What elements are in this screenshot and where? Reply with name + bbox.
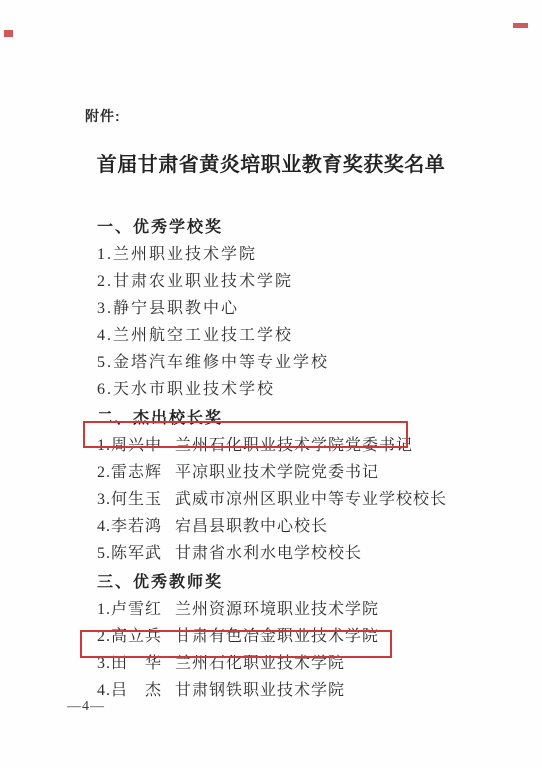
awardee-name: 1.周兴中 [97,432,175,459]
awardee-affiliation: 宕昌县职教中心校长 [175,513,328,540]
awardee-affiliation: 甘肃钢铁职业技术学院 [175,677,345,704]
awardee-name: 2.高立兵 [97,623,175,650]
awardee-name: 3.田 华 [97,650,175,677]
awardee-affiliation: 兰州石化职业技术学院党委书记 [175,432,413,459]
list-item: 2.高立兵 甘肃有色冶金职业技术学院 [97,623,517,650]
list-item: 1.卢雪红 兰州资源环境职业技术学院 [97,596,517,623]
list-item: 3.田 华 兰州石化职业技术学院 [97,650,517,677]
red-scan-mark-right [513,23,528,28]
award-list: 一、优秀学校奖 1.兰州职业技术学院 2.甘肃农业职业技术学院 3.静宁县职教中… [97,214,517,704]
list-item: 1.兰州职业技术学院 [97,241,517,268]
list-item: 6.天水市职业技术学校 [97,376,517,403]
awardee-affiliation: 兰州资源环境职业技术学院 [175,596,379,623]
section-heading-excellent-schools: 一、优秀学校奖 [97,214,517,241]
awardee-name: 1.卢雪红 [97,596,175,623]
awardee-name: 4.吕 杰 [97,677,175,704]
list-item: 4.兰州航空工业技工学校 [97,322,517,349]
list-item: 4.李若鸿 宕昌县职教中心校长 [97,513,517,540]
page-number: —4— [67,699,105,715]
awardee-affiliation: 甘肃有色冶金职业技术学院 [175,623,379,650]
awardee-affiliation: 甘肃省水利水电学校校长 [175,540,362,567]
awardee-name: 2.雷志辉 [97,459,175,486]
list-item: 4.吕 杰 甘肃钢铁职业技术学院 [97,677,517,704]
awardee-name: 4.李若鸿 [97,513,175,540]
list-item: 2.甘肃农业职业技术学院 [97,268,517,295]
list-item: 5.金塔汽车维修中等专业学校 [97,349,517,376]
awardee-name: 5.陈军武 [97,540,175,567]
awardee-affiliation: 武威市凉州区职业中等专业学校校长 [175,486,447,513]
section-heading-outstanding-principals: 二、杰出校长奖 [97,405,517,432]
list-item: 3.何生玉 武威市凉州区职业中等专业学校校长 [97,486,517,513]
attachment-label: 附件: [85,106,121,126]
awardee-affiliation: 平凉职业技术学院党委书记 [175,459,379,486]
section-heading-excellent-teachers: 三、优秀教师奖 [97,569,517,596]
red-scan-mark-left [4,30,13,37]
awardee-affiliation: 兰州石化职业技术学院 [175,650,345,677]
list-item: 5.陈军武 甘肃省水利水电学校校长 [97,540,517,567]
list-item: 3.静宁县职教中心 [97,295,517,322]
list-item: 1.周兴中 兰州石化职业技术学院党委书记 [97,432,517,459]
list-item: 2.雷志辉 平凉职业技术学院党委书记 [97,459,517,486]
document-page: 附件: 首届甘肃省黄炎培职业教育奖获奖名单 一、优秀学校奖 1.兰州职业技术学院… [0,0,542,768]
awardee-name: 3.何生玉 [97,486,175,513]
document-title: 首届甘肃省黄炎培职业教育奖获奖名单 [0,148,542,177]
